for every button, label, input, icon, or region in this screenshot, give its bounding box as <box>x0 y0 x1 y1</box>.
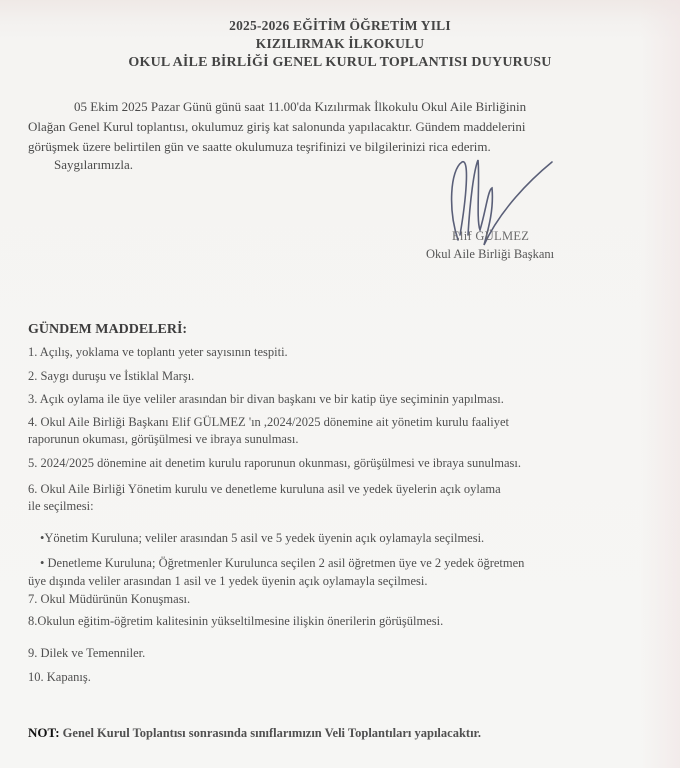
header-announcement-title: OKUL AİLE BİRLİĞİ GENEL KURUL TOPLANTISI… <box>0 55 680 71</box>
agenda-subitem: •Yönetim Kuruluna; veliler arasından 5 a… <box>40 531 484 546</box>
agenda-subitem: • Denetleme Kuruluna; Öğretmenler Kurulu… <box>40 556 524 571</box>
body-line: 05 Ekim 2025 Pazar Günü günü saat 11.00'… <box>28 97 652 117</box>
agenda-item: 5. 2024/2025 dönemine ait denetim kurulu… <box>28 456 521 471</box>
agenda-subitem: üye dışında veliler arasından 1 asil ve … <box>28 574 428 589</box>
note-text: Genel Kurul Toplantısı sonrasında sınıfl… <box>60 726 482 740</box>
agenda-item: 7. Okul Müdürünün Konuşması. <box>28 592 190 607</box>
header-school: KIZILIRMAK İLKOKULU <box>0 36 680 52</box>
agenda-item: 6. Okul Aile Birliği Yönetim kurulu ve d… <box>28 482 501 497</box>
note-label: NOT: <box>28 725 60 740</box>
agenda-heading: GÜNDEM MADDELERİ: <box>28 322 187 338</box>
agenda-item: 4. Okul Aile Birliği Başkanı Elif GÜLMEZ… <box>28 415 509 430</box>
signatory-title: Okul Aile Birliği Başkanı <box>426 247 554 262</box>
agenda-item: 1. Açılış, yoklama ve toplantı yeter say… <box>28 345 288 360</box>
agenda-item: ile seçilmesi: <box>28 499 94 514</box>
signatory-name: Elif GÜLMEZ <box>452 229 529 244</box>
footnote: NOT: Genel Kurul Toplantısı sonrasında s… <box>28 725 481 741</box>
agenda-item: 10. Kapanış. <box>28 670 91 685</box>
document-page: 2025-2026 EĞİTİM ÖĞRETİM YILI KIZILIRMAK… <box>0 0 680 768</box>
agenda-item: 3. Açık oylama ile üye veliler arasından… <box>28 392 504 407</box>
announcement-body: 05 Ekim 2025 Pazar Günü günü saat 11.00'… <box>28 97 652 157</box>
agenda-item: raporunun okuması, görüşülmesi ve ibraya… <box>28 432 298 447</box>
header-year: 2025-2026 EĞİTİM ÖĞRETİM YILI <box>0 18 680 34</box>
body-line: Olağan Genel Kurul toplantısı, okulumuz … <box>28 117 652 137</box>
agenda-item: 8.Okulun eğitim-öğretim kalitesinin yüks… <box>28 614 443 629</box>
agenda-item: 2. Saygı duruşu ve İstiklal Marşı. <box>28 369 194 384</box>
greeting: Saygılarımızla. <box>54 157 133 173</box>
agenda-item: 9. Dilek ve Temenniler. <box>28 646 145 661</box>
